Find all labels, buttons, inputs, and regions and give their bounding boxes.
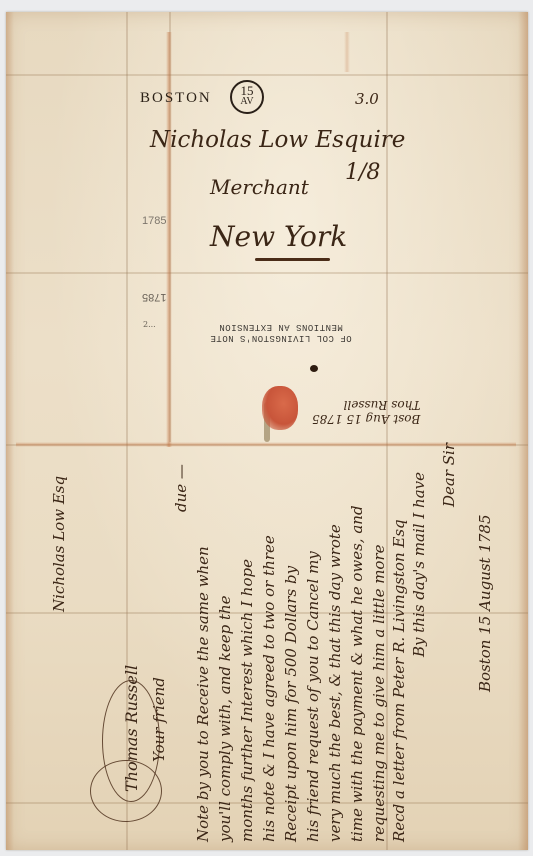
red-wax-seal [262, 386, 298, 430]
letter-body: Boston 15 August 1785 Dear Sir By this d… [30, 452, 510, 842]
fee-notation: 1/8 [345, 160, 380, 185]
letter-line: you'll comply with, and keep the [216, 595, 234, 842]
fold-line [6, 74, 528, 76]
pencil-archival-note: OF COL LIVINGSTON'S NOTE MENTIONS AN EXT… [210, 321, 352, 343]
addressee-occupation: Merchant [210, 175, 309, 199]
paper-edge-stain [6, 12, 14, 850]
postmark-date-circle: 15 AV [230, 80, 264, 114]
docket-line: Thos Russell [312, 398, 420, 412]
postmark-month: AV [232, 96, 262, 107]
pencil-note-line: MENTIONS AN EXTENSION [210, 321, 352, 332]
fold-line [6, 272, 528, 274]
city-underline [255, 258, 330, 261]
letter-line: requesting me to give him a little more [370, 544, 388, 842]
pencil-year-note: 1785 [142, 215, 166, 227]
letter-line: By this day's mail I have [410, 472, 428, 657]
letter-addressee: Nicholas Low Esq [50, 476, 68, 612]
letter-line: Recd a letter from Peter R. Livingston E… [390, 519, 408, 842]
letter-line: very much the best, & that this day wrot… [326, 524, 344, 842]
letter-dateline: Boston 15 August 1785 [476, 514, 494, 692]
letter-line: his friend request of you to Cancel my [304, 551, 322, 842]
letter-salutation: Dear Sir [440, 443, 458, 507]
addressee-name: Nicholas Low Esquire [150, 127, 405, 153]
postmark-day: 15 [232, 85, 262, 96]
postage-rate: 3.0 [355, 90, 379, 108]
pencil-year-note-inverted: 1785 [142, 291, 166, 303]
paper-edge-stain [518, 12, 528, 850]
pencil-note-line: OF COL LIVINGSTON'S NOTE [210, 332, 352, 343]
letter-line: months further Interest which I hope [238, 559, 256, 842]
fold-stain [344, 32, 350, 72]
letter-line: time with the payment & what he owes, an… [348, 505, 366, 842]
letter-line: his note & I have agreed to two or three [260, 535, 278, 842]
docket-note: Bost Aug 15 1785 Thos Russell [312, 398, 420, 426]
letter-line: due — [172, 464, 190, 512]
pencil-mark: 2... [143, 320, 156, 329]
signature-flourish [90, 760, 162, 822]
docket-line: Bost Aug 15 1785 [312, 412, 420, 426]
ink-blot [310, 365, 318, 372]
letter-line: Note by you to Receive the same when [194, 546, 212, 842]
addressee-city: New York [210, 220, 347, 253]
letter-line: Receipt upon him for 500 Dollars by [282, 566, 300, 842]
postmark-town: BOSTON [140, 90, 212, 107]
